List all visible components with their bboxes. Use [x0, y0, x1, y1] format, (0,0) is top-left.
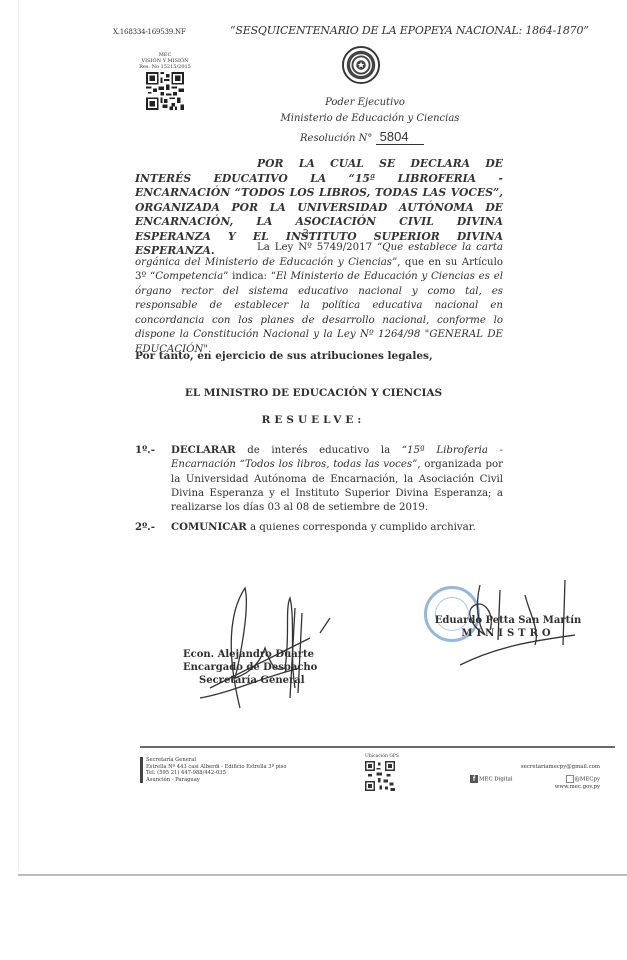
twitter-link[interactable]: @MECpy — [566, 775, 600, 784]
social-links: fMEC Digital @MECpy — [470, 775, 600, 784]
signature-block-left: Econ. Alejandro Duarte Encargado de Desp… — [183, 648, 333, 687]
contact-email[interactable]: secretariamecpy@gmail.com — [470, 764, 600, 771]
address-line: Tel: (595 21) 447-988/442-035 — [146, 770, 286, 777]
resolucion-line: Resolución N° 5804 — [300, 129, 420, 145]
article-text: COMUNICAR a quienes corresponda y cumpli… — [171, 520, 503, 535]
article-1: 1º.- DECLARAR de interés educativo la “1… — [135, 443, 503, 515]
minister-heading: EL MINISTRO DE EDUCACIÓN Y CIENCIAS — [0, 387, 627, 399]
gps-label: Ubicación GPS — [365, 754, 405, 760]
law-competencia: Competencia — [155, 271, 223, 282]
page-edge-left — [18, 0, 19, 870]
law-ref: La Ley Nº 5749/2017 — [257, 242, 377, 253]
por-tanto: Por tanto, en ejercicio de sus atribucio… — [135, 350, 433, 362]
article-text-a: de interés educativo la — [236, 445, 402, 456]
qr-caption-3: Res. No 15215/2015 — [137, 64, 193, 70]
national-seal-icon — [342, 46, 380, 84]
signature-block-right: Eduardo Petta San Martín MINISTRO — [408, 614, 608, 640]
resolucion-label: Resolución N° — [300, 133, 372, 144]
law-paragraph: La Ley Nº 5749/2017 “Que establece la ca… — [135, 241, 503, 357]
twitter-label: @MECpy — [575, 777, 600, 783]
signer-name-left: Econ. Alejandro Duarte — [183, 648, 333, 661]
resolucion-number: 5804 — [376, 129, 424, 145]
footer-address: Secretaría General Estrella Nº 443 casi … — [140, 757, 286, 783]
article-text-a: a quienes corresponda y cumplido archiva… — [247, 522, 476, 533]
page-edge-bottom — [18, 874, 627, 876]
law-quote: El Ministerio de Educación y Ciencias es… — [135, 271, 503, 355]
article-2: 2º.- COMUNICAR a quienes corresponda y c… — [135, 520, 503, 535]
facebook-icon: f — [470, 775, 478, 783]
footer-contact: secretariamecpy@gmail.com fMEC Digital @… — [470, 764, 600, 791]
website-link[interactable]: www.mec.gov.py — [470, 784, 600, 791]
ministerio-name: Ministerio de Educación y Ciencias — [270, 113, 470, 124]
address-line: Asunción - Paraguay — [146, 777, 286, 784]
poder-ejecutivo: Poder Ejecutivo — [300, 97, 430, 108]
signer-role-right: MINISTRO — [408, 627, 608, 640]
article-verb: DECLARAR — [171, 444, 236, 456]
qr-code-icon — [146, 72, 184, 110]
facebook-label: MEC Digital — [479, 777, 513, 783]
address-line: Secretaría General — [146, 757, 286, 764]
article-verb: COMUNICAR — [171, 521, 247, 533]
footer-divider — [140, 746, 615, 748]
article-number: 1º.- — [135, 443, 171, 515]
law-indica: ” indica: “ — [223, 271, 276, 282]
header-qr-block: MEC VISIÓN Y MISIÓN Res. No 15215/2015 — [137, 52, 193, 114]
resuelve-heading: RESUELVE: — [0, 414, 627, 426]
gps-qr-code-icon — [365, 761, 395, 791]
article-number: 2º.- — [135, 520, 171, 535]
signer-name-right: Eduardo Petta San Martín — [408, 614, 608, 627]
footer-gps-qr: Ubicación GPS — [365, 754, 405, 795]
article-text: DECLARAR de interés educativo la “15ª Li… — [171, 443, 503, 515]
document-reference: X.168334-169539.NF — [113, 28, 186, 36]
considerando-paragraph: La Ley Nº 5749/2017 “Que establece la ca… — [135, 241, 503, 357]
facebook-link[interactable]: fMEC Digital — [470, 775, 513, 784]
signer-office-left: Secretaría General — [183, 674, 333, 687]
page-number: -2- — [300, 229, 312, 239]
signer-role-left: Encargado de Despacho — [183, 661, 333, 674]
motto: “SESQUICENTENARIO DE LA EPOPEYA NACIONAL… — [230, 24, 589, 37]
twitter-icon — [566, 775, 574, 783]
